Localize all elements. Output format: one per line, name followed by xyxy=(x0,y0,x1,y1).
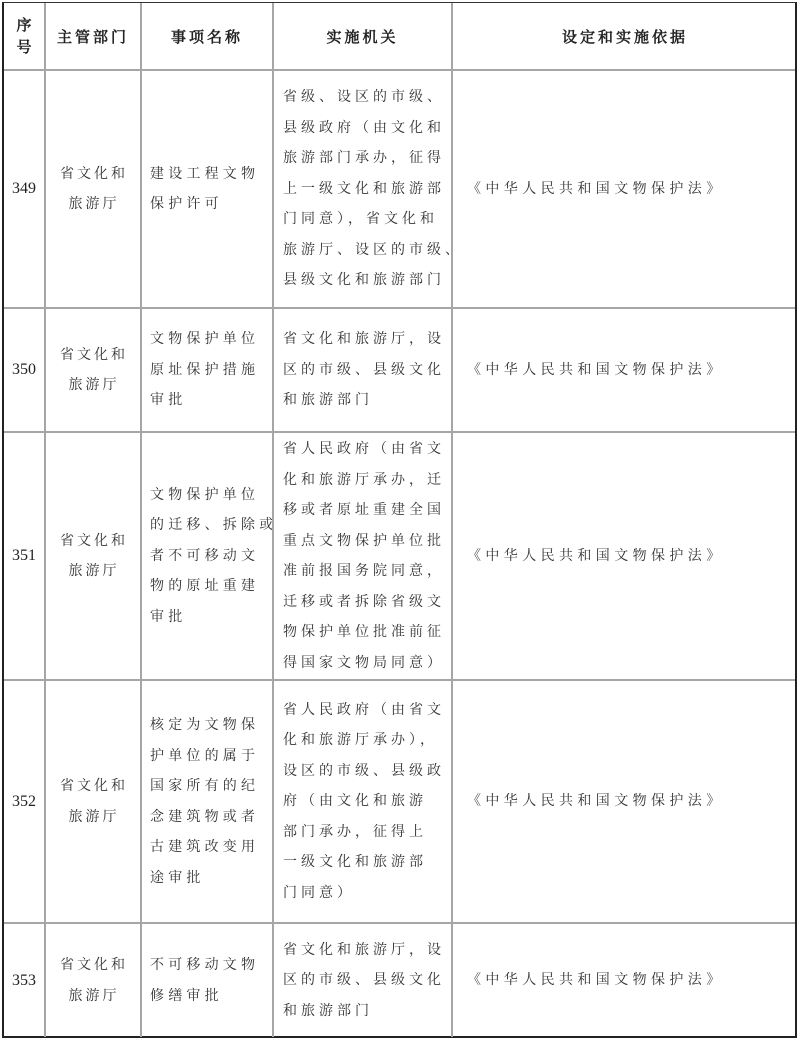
text-line: 省文化和旅游厅，设 xyxy=(283,935,445,966)
text-line: 省文化和 xyxy=(58,771,130,802)
table-row: 353 省文化和 旅游厅 不可移动文物 修缮审批 省文化和旅游厅，设 区的市级、… xyxy=(4,924,795,1037)
department-text: 省文化和 旅游厅 xyxy=(56,950,130,1011)
text-line: 省文化和 xyxy=(58,950,130,981)
item-name-text: 建设工程文物 保护许可 xyxy=(142,159,265,220)
text-line: 建设工程文物 xyxy=(150,159,259,190)
text-line: 旅游部门承办，征得 xyxy=(283,143,453,174)
text-line: 省人民政府（由省文 xyxy=(283,434,445,465)
item-name-cell: 不可移动文物 修缮审批 xyxy=(142,924,274,1037)
row-index: 349 xyxy=(4,180,44,198)
basis-cell: 《中华人民共和国文物保护法》 xyxy=(453,309,797,431)
department-cell: 省文化和 旅游厅 xyxy=(46,924,142,1037)
agency-text: 省级、设区的市级、 县级政府（由文化和 旅游部门承办，征得 上一级文化和旅游部 … xyxy=(274,82,453,296)
agency-text: 省人民政府（由省文 化和旅游厅承办）， 设区的市级、县级政 府（由文化和旅游 部… xyxy=(274,695,449,909)
text-line: 迁移或者拆除省级文 xyxy=(283,587,445,618)
department-text: 省文化和 旅游厅 xyxy=(56,771,130,832)
item-name-text: 不可移动文物 修缮审批 xyxy=(142,950,265,1011)
text-line: 省级、设区的市级、 xyxy=(283,82,453,113)
item-name-text: 文物保护单位 的迁移、拆除或 者不可移动文 物的原址重建 审批 xyxy=(142,480,274,633)
basis-cell: 《中华人民共和国文物保护法》 xyxy=(453,681,797,922)
text-line: 部门承办，征得上 xyxy=(283,817,445,848)
index-cell: 350 xyxy=(4,309,46,431)
text-line: 文物保护单位 xyxy=(150,480,274,511)
text-line: 者不可移动文 xyxy=(150,541,274,572)
text-line: 核定为文物保 xyxy=(150,710,259,741)
item-name-cell: 文物保护单位 原址保护措施 审批 xyxy=(142,309,274,431)
index-cell: 349 xyxy=(4,71,46,307)
department-cell: 省文化和 旅游厅 xyxy=(46,433,142,679)
text-line: 化和旅游厅承办，迁 xyxy=(283,465,445,496)
agency-text: 省文化和旅游厅，设 区的市级、县级文化 和旅游部门 xyxy=(274,324,449,416)
text-line: 门同意），省文化和 xyxy=(283,204,453,235)
text-line: 审批 xyxy=(150,385,259,416)
text-line: 旅游厅、设区的市级、 xyxy=(283,235,453,266)
agency-cell: 省级、设区的市级、 县级政府（由文化和 旅游部门承办，征得 上一级文化和旅游部 … xyxy=(274,71,453,307)
header-implementing-agency: 实施机关 xyxy=(274,26,451,47)
text-line: 旅游厅 xyxy=(58,556,130,587)
row-index: 353 xyxy=(4,972,44,990)
text-line: 门同意） xyxy=(283,878,445,909)
basis-cell: 《中华人民共和国文物保护法》 xyxy=(453,71,797,307)
header-item-name-cell: 事项名称 xyxy=(142,3,274,69)
agency-cell: 省文化和旅游厅，设 区的市级、县级文化 和旅游部门 xyxy=(274,924,453,1037)
agency-text: 省文化和旅游厅，设 区的市级、县级文化 和旅游部门 xyxy=(274,935,449,1027)
basis-text: 《中华人民共和国文物保护法》 xyxy=(453,355,725,386)
text-line: 旅游厅 xyxy=(58,189,130,220)
text-line: 一级文化和旅游部 xyxy=(283,847,445,878)
text-line: 重点文物保护单位批 xyxy=(283,526,445,557)
text-line: 府（由文化和旅游 xyxy=(283,786,445,817)
text-line: 省文化和 xyxy=(58,340,130,371)
text-line: 省文化和旅游厅，设 xyxy=(283,324,445,355)
item-name-cell: 核定为文物保 护单位的属于 国家所有的纪 念建筑物或者 古建筑改变用 途审批 xyxy=(142,681,274,922)
department-cell: 省文化和 旅游厅 xyxy=(46,71,142,307)
text-line: 念建筑物或者 xyxy=(150,802,259,833)
table-row: 351 省文化和 旅游厅 文物保护单位 的迁移、拆除或 者不可移动文 物的原址重… xyxy=(4,433,795,681)
row-index: 352 xyxy=(4,793,44,811)
text-line: 县级政府（由文化和 xyxy=(283,113,453,144)
text-line: 审批 xyxy=(150,602,274,633)
text-line: 原址保护措施 xyxy=(150,355,259,386)
basis-text: 《中华人民共和国文物保护法》 xyxy=(453,965,725,996)
text-line: 设区的市级、县级政 xyxy=(283,756,445,787)
text-line: 旅游厅 xyxy=(58,981,130,1012)
header-department: 主管部门 xyxy=(46,26,140,47)
header-basis: 设定和实施依据 xyxy=(453,26,797,47)
text-line: 旅游厅 xyxy=(58,802,130,833)
text-line: 化和旅游厅承办）， xyxy=(283,725,445,756)
header-index: 序号 xyxy=(15,14,33,58)
text-line: 和旅游部门 xyxy=(283,385,445,416)
header-basis-cell: 设定和实施依据 xyxy=(453,3,797,69)
basis-text: 《中华人民共和国文物保护法》 xyxy=(453,541,725,572)
item-name-text: 核定为文物保 护单位的属于 国家所有的纪 念建筑物或者 古建筑改变用 途审批 xyxy=(142,710,265,893)
department-text: 省文化和 旅游厅 xyxy=(56,526,130,587)
agency-cell: 省人民政府（由省文 化和旅游厅承办）， 设区的市级、县级政 府（由文化和旅游 部… xyxy=(274,681,453,922)
text-line: 途审批 xyxy=(150,863,259,894)
department-cell: 省文化和 旅游厅 xyxy=(46,309,142,431)
text-line: 省人民政府（由省文 xyxy=(283,695,445,726)
agency-cell: 省文化和旅游厅，设 区的市级、县级文化 和旅游部门 xyxy=(274,309,453,431)
text-line: 区的市级、县级文化 xyxy=(283,355,445,386)
basis-cell: 《中华人民共和国文物保护法》 xyxy=(453,924,797,1037)
table-row: 350 省文化和 旅游厅 文物保护单位 原址保护措施 审批 省文化和旅游厅，设 … xyxy=(4,309,795,433)
item-name-cell: 文物保护单位 的迁移、拆除或 者不可移动文 物的原址重建 审批 xyxy=(142,433,274,679)
text-line: 的迁移、拆除或 xyxy=(150,510,274,541)
index-cell: 352 xyxy=(4,681,46,922)
item-name-cell: 建设工程文物 保护许可 xyxy=(142,71,274,307)
text-line: 物的原址重建 xyxy=(150,571,274,602)
agency-text: 省人民政府（由省文 化和旅游厅承办，迁 移或者原址重建全国 重点文物保护单位批 … xyxy=(274,434,449,678)
department-cell: 省文化和 旅游厅 xyxy=(46,681,142,922)
text-line: 省文化和 xyxy=(58,159,130,190)
text-line: 旅游厅 xyxy=(58,370,130,401)
text-line: 省文化和 xyxy=(58,526,130,557)
text-line: 护单位的属于 xyxy=(150,741,259,772)
text-line: 移或者原址重建全国 xyxy=(283,495,445,526)
text-line: 不可移动文物 xyxy=(150,950,259,981)
row-index: 350 xyxy=(4,361,44,379)
agency-cell: 省人民政府（由省文 化和旅游厅承办，迁 移或者原址重建全国 重点文物保护单位批 … xyxy=(274,433,453,679)
text-line: 古建筑改变用 xyxy=(150,832,259,863)
text-line: 修缮审批 xyxy=(150,981,259,1012)
department-text: 省文化和 旅游厅 xyxy=(56,159,130,220)
basis-cell: 《中华人民共和国文物保护法》 xyxy=(453,433,797,679)
text-line: 文物保护单位 xyxy=(150,324,259,355)
header-department-cell: 主管部门 xyxy=(46,3,142,69)
header-item-name: 事项名称 xyxy=(142,26,272,47)
table-row: 349 省文化和 旅游厅 建设工程文物 保护许可 省级、设区的市级、 县级政府（… xyxy=(4,71,795,309)
index-cell: 351 xyxy=(4,433,46,679)
department-text: 省文化和 旅游厅 xyxy=(56,340,130,401)
text-line: 区的市级、县级文化 xyxy=(283,965,445,996)
text-line: 和旅游部门 xyxy=(283,996,445,1027)
permit-table: 序号 主管部门 事项名称 实施机关 设定和实施依据 349 省文化和 旅游厅 建… xyxy=(2,2,797,1038)
basis-text: 《中华人民共和国文物保护法》 xyxy=(453,786,725,817)
text-line: 保护许可 xyxy=(150,189,259,220)
item-name-text: 文物保护单位 原址保护措施 审批 xyxy=(142,324,265,416)
table-row: 352 省文化和 旅游厅 核定为文物保 护单位的属于 国家所有的纪 念建筑物或者… xyxy=(4,681,795,924)
text-line: 物保护单位批准前征 xyxy=(283,617,445,648)
row-index: 351 xyxy=(4,547,44,565)
table-header-row: 序号 主管部门 事项名称 实施机关 设定和实施依据 xyxy=(4,3,795,71)
header-index-cell: 序号 xyxy=(4,3,46,69)
text-line: 县级文化和旅游部门 xyxy=(283,265,453,296)
text-line: 上一级文化和旅游部 xyxy=(283,174,453,205)
header-agency-cell: 实施机关 xyxy=(274,3,453,69)
index-cell: 353 xyxy=(4,924,46,1037)
text-line: 国家所有的纪 xyxy=(150,771,259,802)
text-line: 准前报国务院同意， xyxy=(283,556,445,587)
text-line: 得国家文物局同意） xyxy=(283,648,445,679)
basis-text: 《中华人民共和国文物保护法》 xyxy=(453,174,725,205)
